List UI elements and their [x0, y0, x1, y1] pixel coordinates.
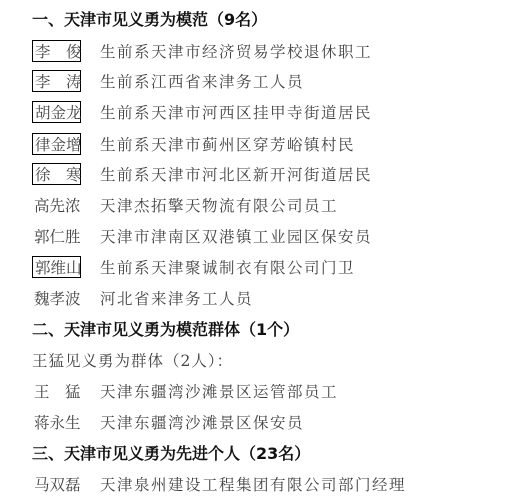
list-item: 律金增 生前系天津市蓟州区穿芳峪镇村民: [32, 133, 81, 157]
person-name: 郭仁胜: [32, 226, 81, 248]
list-item: 魏孝波 河北省来津务工人员: [32, 287, 81, 311]
person-name: 律金增: [32, 133, 81, 155]
person-description: 生前系天津市蓟州区穿芳峪镇村民: [100, 133, 355, 157]
person-name: 魏孝波: [32, 288, 81, 310]
section-heading-3: 三、天津市见义勇为先进个人（23名）: [32, 442, 310, 466]
person-description: 天津杰拓擎天物流有限公司员工: [100, 194, 338, 218]
person-name: 胡金龙: [32, 101, 81, 123]
person-name: 李 俊: [32, 40, 81, 62]
list-item: 王 猛 天津东疆湾沙滩景区运管部员工: [32, 380, 81, 404]
person-description: 生前系天津市河北区新开河街道居民: [100, 163, 372, 187]
list-item: 郭仁胜 天津市津南区双港镇工业园区保安员: [32, 225, 81, 249]
list-item: 李 涛 生前系江西省来津务工人员: [32, 70, 81, 94]
section-heading-2: 二、天津市见义勇为模范群体（1个）: [32, 318, 299, 342]
person-name: 王 猛: [32, 381, 81, 403]
list-item: 郭维山 生前系天津聚诚制衣有限公司门卫: [32, 256, 81, 280]
group-label: 王猛见义勇为群体（2人）：: [32, 349, 233, 373]
person-description: 生前系天津市河西区挂甲寺街道居民: [100, 101, 372, 125]
person-name: 徐 寒: [32, 163, 81, 185]
person-name: 马双磊: [32, 474, 81, 496]
person-description: 天津东疆湾沙滩景区运管部员工: [100, 380, 338, 404]
list-item: 蒋永生 天津东疆湾沙滩景区保安员: [32, 411, 81, 435]
person-description: 河北省来津务工人员: [100, 287, 253, 311]
person-name: 蒋永生: [32, 412, 81, 434]
list-item: 李 俊 生前系天津市经济贸易学校退休职工: [32, 40, 81, 64]
person-name: 李 涛: [32, 70, 81, 92]
person-name: 高先浓: [32, 195, 81, 217]
list-item: 马双磊 天津泉州建设工程集团有限公司部门经理: [32, 473, 81, 497]
person-description: 天津泉州建设工程集团有限公司部门经理: [100, 473, 406, 497]
person-description: 生前系江西省来津务工人员: [100, 70, 304, 94]
list-item: 徐 寒 生前系天津市河北区新开河街道居民: [32, 163, 81, 187]
list-item: 胡金龙 生前系天津市河西区挂甲寺街道居民: [32, 101, 81, 125]
person-description: 生前系天津聚诚制衣有限公司门卫: [100, 256, 355, 280]
person-name: 郭维山: [32, 256, 81, 278]
person-description: 天津市津南区双港镇工业园区保安员: [100, 225, 372, 249]
person-description: 天津东疆湾沙滩景区保安员: [100, 411, 304, 435]
section-heading-1: 一、天津市见义勇为模范（9名）: [32, 8, 267, 32]
person-description: 生前系天津市经济贸易学校退休职工: [100, 40, 372, 64]
list-item: 高先浓 天津杰拓擎天物流有限公司员工: [32, 194, 81, 218]
